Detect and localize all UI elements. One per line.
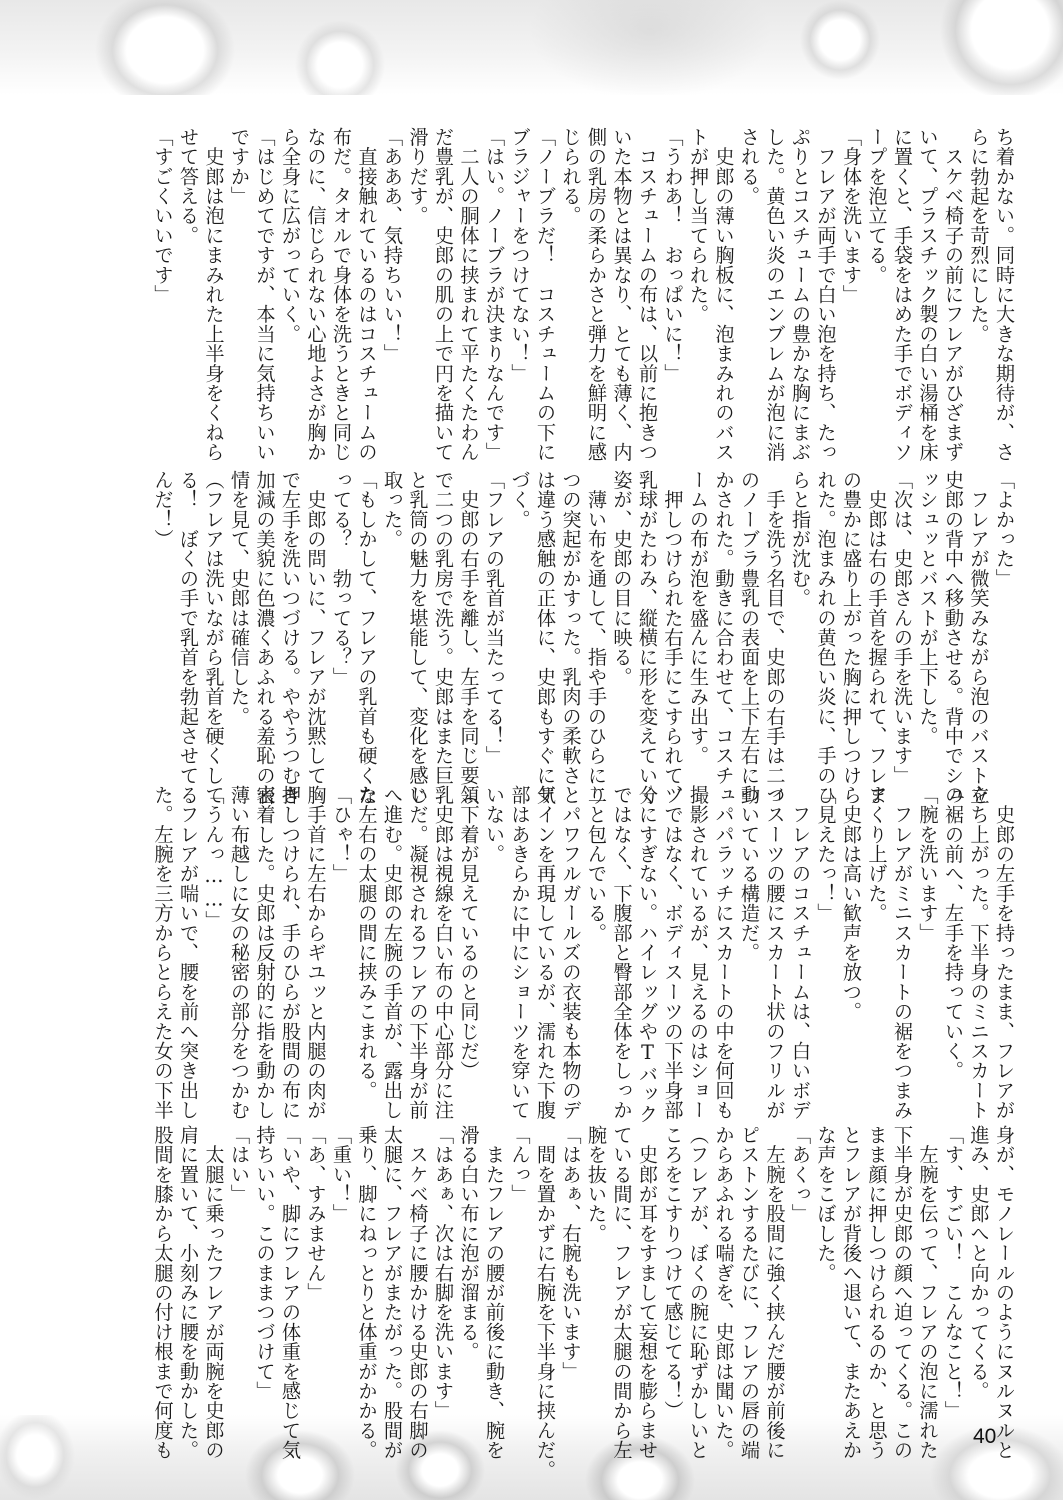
text-column: 「いや、脚にフレアの体重を感じて気 bbox=[278, 1125, 304, 1417]
text-column: 「ひゃ！」 bbox=[329, 785, 355, 1077]
text-column: またフレアの腰が前後に動き、腕を bbox=[482, 1125, 508, 1417]
text-column: な声をこぼした。 bbox=[813, 1125, 839, 1417]
text-column: ープを泡立てる。 bbox=[864, 127, 890, 419]
text-column: の裾の前へ、左手を持っていく。 bbox=[941, 785, 967, 1077]
text-column: 「はあぁ、右腕も洗います」 bbox=[558, 1125, 584, 1417]
text-column: まくり上げた。 bbox=[864, 785, 890, 1077]
text-column: ブラジャーをつけてない！」 bbox=[507, 127, 533, 419]
text-column: ち着かない。同時に大きな期待が、さ bbox=[992, 127, 1018, 419]
text-column: 密着した。史郎は反射的に指を動かし bbox=[252, 785, 278, 1077]
text-column: いた本物とは異なり、とても薄く、内 bbox=[609, 127, 635, 419]
text-column: 撮影されているが、見えるのはショー bbox=[686, 785, 712, 1077]
text-column: 「あくっ」 bbox=[788, 1125, 814, 1417]
text-column: 史郎の左手を持ったまま、フレアが bbox=[992, 785, 1018, 1077]
text-column: ころをこすりつけて感じてる！） bbox=[660, 1125, 686, 1417]
text-column: ィスーツの腰にスカート状のフリルが bbox=[762, 785, 788, 1077]
text-column: フレアが両手で白い泡を持ち、たっ bbox=[813, 127, 839, 419]
text-column: らと指が沈む。 bbox=[788, 470, 814, 762]
text-column: フレアのコスチュームは、白いボデ bbox=[788, 785, 814, 1077]
text-column: ピストンするたびに、フレアの唇の端 bbox=[737, 1125, 763, 1417]
text-column: 「あああ、気持ちいい！」 bbox=[380, 127, 406, 419]
text-column: 滑りだす。 bbox=[405, 127, 431, 419]
text-column: 太腿に、フレアがまたがった。股間が bbox=[380, 1125, 406, 1417]
text-column: フレアが微笑みながら泡のバストを bbox=[966, 470, 992, 762]
text-column: らに勃起を苛烈にした。 bbox=[966, 127, 992, 419]
text-column: まま顔に押しつけられるのか、と思う bbox=[864, 1125, 890, 1417]
text-column: に置くと、手袋をはめた手でボディソ bbox=[890, 127, 916, 419]
text-column: 側の乳房の柔らかさと弾力を鮮明に感 bbox=[584, 127, 610, 419]
text-column: スケベ椅子の前にフレアがひざまず bbox=[941, 127, 967, 419]
text-column: 肩に置いて、小刻みに腰を動かした。 bbox=[176, 1125, 202, 1417]
text-column: フレアがミニスカートの裾をつまみ bbox=[890, 785, 916, 1077]
text-column: 「んっ」 bbox=[507, 1125, 533, 1417]
text-column: じられる。 bbox=[558, 127, 584, 419]
text-tier-4: 身が、モノレールのようにヌルヌルと進み、史郎へと向かってくる。「す、すごい！ こ… bbox=[105, 1125, 1017, 1417]
text-column: ツではなく、ボディスーツの下半身部 bbox=[660, 785, 686, 1077]
text-column: 加減の美貌に色濃くあふれる羞恥の表 bbox=[252, 470, 278, 762]
text-column: 布だ。タオルで身体を洗うときと同じ bbox=[329, 127, 355, 419]
text-column: 「ノーブラだ！ コスチュームの下に bbox=[533, 127, 559, 419]
text-column: だ豊乳が、史郎の肌の上で円を描いて bbox=[431, 127, 457, 419]
text-column: 「うわあ！ おっぱいに！」 bbox=[660, 127, 686, 419]
text-column: 史郎が耳をすまして妄想を膨らませ bbox=[635, 1125, 661, 1417]
text-column: フレアが喘いで、腰を前へ突き出し bbox=[176, 785, 202, 1077]
text-column: 史郎の右手を離し、左手を同じ要領 bbox=[456, 470, 482, 762]
text-column: た。左腕を三方からとらえた女の下半 bbox=[150, 785, 176, 1077]
text-column: た左右の太腿の間に挟みこまれる。 bbox=[354, 785, 380, 1077]
text-column: りと包んでいる。 bbox=[584, 785, 610, 1077]
text-column: 滑る白い布に泡が溜まる。 bbox=[456, 1125, 482, 1417]
text-column: る！ ぼくの手で乳首を勃起させてる bbox=[176, 470, 202, 762]
text-column: で二つの乳房で洗う。史郎はまた巨乳 bbox=[431, 470, 457, 762]
text-column: 直接触れているのはコスチュームの bbox=[354, 127, 380, 419]
text-column: 「フレアの乳首が当たってる！」 bbox=[482, 470, 508, 762]
text-tier-3: 史郎の左手を持ったまま、フレアが立ち上がった。下半身のミニスカートの裾の前へ、左… bbox=[105, 785, 1017, 1077]
text-column: ぷりとコスチュームの豊かな胸にまぶ bbox=[788, 127, 814, 419]
text-column: 姿が、史郎の目に映る。 bbox=[609, 470, 635, 762]
text-column: 股間を膝から太腿の付け根まで何度も bbox=[150, 1125, 176, 1417]
text-column: 史郎は視線を白い布の中心部分に注 bbox=[431, 785, 457, 1077]
text-column: 左腕を伝って、フレアの泡に濡れた bbox=[915, 1125, 941, 1417]
text-column: される。 bbox=[737, 127, 763, 419]
text-column: いて、プラスチック製の白い湯桶を床 bbox=[915, 127, 941, 419]
text-column: は違う感触の正体に、史郎もすぐに気 bbox=[533, 470, 559, 762]
text-column: 「す、すごい！ こんなこと！」 bbox=[941, 1125, 967, 1417]
text-column: づく。 bbox=[507, 470, 533, 762]
text-column: 「あ、すみません」 bbox=[303, 1125, 329, 1417]
text-column: スケベ椅子に腰かける史郎の右脚の bbox=[405, 1125, 431, 1417]
text-column: 乗り、脚にねっとりと体重がかかる。 bbox=[354, 1125, 380, 1417]
text-column: 史郎は泡にまみれた上半身をくねら bbox=[201, 127, 227, 419]
text-tier-2: 「よかった」 フレアが微笑みながら泡のバストを史郎の背中へ移動させる。背中でシュ… bbox=[105, 470, 1017, 762]
text-column: 「はい。ノーブラが決まりなんです」 bbox=[482, 127, 508, 419]
text-column: 「はい」 bbox=[227, 1125, 253, 1417]
text-column: 「身体を洗います」 bbox=[839, 127, 865, 419]
text-column: コスチュームの布は、以前に抱きつ bbox=[635, 127, 661, 419]
text-column: れた。泡まみれの黄色い炎に、手のひ bbox=[813, 470, 839, 762]
text-column: なのに、信じられない心地よさが胸か bbox=[303, 127, 329, 419]
text-tier-1: ち着かない。同時に大きな期待が、さらに勃起を苛烈にした。 スケベ椅子の前にフレア… bbox=[105, 127, 1017, 419]
text-column: 腕を抜いた。 bbox=[584, 1125, 610, 1417]
text-column: 「腕を洗います」 bbox=[915, 785, 941, 1077]
text-column: の豊かに盛り上がった胸に押しつけら bbox=[839, 470, 865, 762]
text-column: 「次は、史郎さんの手を洗います」 bbox=[890, 470, 916, 762]
text-column: 「はじめてですが、本当に気持ちいい bbox=[252, 127, 278, 419]
text-column: 押しつけられた右手にこすられて、 bbox=[660, 470, 686, 762]
text-column: した。黄色い炎のエンブレムが泡に消 bbox=[762, 127, 788, 419]
text-column: 左腕を股間に強く挟んだ腰が前後に bbox=[762, 1125, 788, 1417]
text-column: 「うんっ……」 bbox=[201, 785, 227, 1077]
text-column: からあふれる喘ぎを、史郎は聞いた。 bbox=[711, 1125, 737, 1417]
text-column: 史郎は右の手首を握られて、フレア bbox=[864, 470, 890, 762]
text-column: 持ちいい。このままつづけて」 bbox=[252, 1125, 278, 1417]
text-column: ッシュッとバストが上下した。 bbox=[915, 470, 941, 762]
bokeh-header-decoration bbox=[0, 0, 1063, 95]
text-column: 部はあきらかに中にショーツを穿いて bbox=[507, 785, 533, 1077]
text-column: かされた。動きに合わせて、コスチュ bbox=[711, 470, 737, 762]
text-column: トが押し当てられた。 bbox=[686, 127, 712, 419]
text-column: ですか」 bbox=[227, 127, 253, 419]
text-column: 「よかった」 bbox=[992, 470, 1018, 762]
text-column: 「重い！」 bbox=[329, 1125, 355, 1417]
text-column: ザインを再現しているが、濡れた下腹 bbox=[533, 785, 559, 1077]
text-column: ている間に、フレアが太腿の間から左 bbox=[609, 1125, 635, 1417]
text-column: 「すごくいいです」 bbox=[150, 127, 176, 419]
text-column: 「はあぁ、次は右脚を洗います」 bbox=[431, 1125, 457, 1417]
text-column: ではなく、下腹部と臀部全体をしっか bbox=[609, 785, 635, 1077]
text-column: んだ！） bbox=[150, 470, 176, 762]
text-column: 間を置かずに右腕を下半身に挟んだ。 bbox=[533, 1125, 559, 1417]
text-column: 薄い布を通して、指や手のひらに二 bbox=[584, 470, 610, 762]
text-column: 「見えたっ！」 bbox=[813, 785, 839, 1077]
text-column: パワフルガールズの衣装も本物のデ bbox=[558, 785, 584, 1077]
text-column: とフレアが背後へ退いて、またあえか bbox=[839, 1125, 865, 1417]
text-column: パパラッチにスカートの中を何回も bbox=[711, 785, 737, 1077]
text-column: 太腿に乗ったフレアが両腕を史郎の bbox=[201, 1125, 227, 1417]
text-column: 情を見て、史郎は確信した。 bbox=[227, 470, 253, 762]
text-column: （フレアは洗いながら乳首を硬くして bbox=[201, 470, 227, 762]
text-column: せて答える。 bbox=[176, 127, 202, 419]
text-column: 史郎は高い歓声を放つ。 bbox=[839, 785, 865, 1077]
text-column: 史郎の薄い胸板に、泡まみれのバス bbox=[711, 127, 737, 419]
text-column: ームの布が泡を盛んに生み出す。 bbox=[686, 470, 712, 762]
text-column: 史郎の背中へ移動させる。背中でシュ bbox=[941, 470, 967, 762]
text-column: 取った。 bbox=[380, 470, 406, 762]
text-column: 手を洗う名目で、史郎の右手は二つ bbox=[762, 470, 788, 762]
text-column: 身が、モノレールのようにヌルヌルと bbox=[992, 1125, 1018, 1417]
text-column: へ進む。史郎の左腕の手首が、露出し bbox=[380, 785, 406, 1077]
text-column: 二人の胴体に挟まれて平たくたわん bbox=[456, 127, 482, 419]
text-column: 手首に左右からギユッと内腿の肉が bbox=[303, 785, 329, 1077]
text-column: 薄い布越しに女の秘密の部分をつかむ bbox=[227, 785, 253, 1077]
text-column: （フレアが、ぼくの腕に恥ずかしいと bbox=[686, 1125, 712, 1417]
text-column: のノーブラ豊乳の表面を上下左右に動 bbox=[737, 470, 763, 762]
text-column: （下着が見えているのと同じだ） bbox=[456, 785, 482, 1077]
text-column: いだ。凝視されるフレアの下半身が前 bbox=[405, 785, 431, 1077]
text-column: 立ち上がった。下半身のミニスカート bbox=[966, 785, 992, 1077]
text-column: いない。 bbox=[482, 785, 508, 1077]
text-column: 乳球がたわみ、縦横に形を変えていく bbox=[635, 470, 661, 762]
text-column: つの突起がかすった。乳肉の柔軟さと bbox=[558, 470, 584, 762]
text-column: 下半身が史郎の顔へ迫ってくる。この bbox=[890, 1125, 916, 1417]
text-column: で左手を洗いつづける。ややうつむき bbox=[278, 470, 304, 762]
text-column: ら全身に広がっていく。 bbox=[278, 127, 304, 419]
text-column: 「もしかして、フレアの乳首も硬くな bbox=[354, 470, 380, 762]
text-column: 進み、史郎へと向かってくる。 bbox=[966, 1125, 992, 1417]
text-column: 押しつけられ、手のひらが股間の布に bbox=[278, 785, 304, 1077]
text-column: 史郎の問いに、フレアが沈黙して胸 bbox=[303, 470, 329, 762]
text-column: ってる？ 勃ってる？」 bbox=[329, 470, 355, 762]
text-column: と乳筒の魅力を堪能して、変化を感じ bbox=[405, 470, 431, 762]
page-number: 40 bbox=[973, 1425, 996, 1449]
text-column: 分にすぎない。ハイレッグやTバック bbox=[635, 785, 661, 1077]
text-column: ついている構造だ。 bbox=[737, 785, 763, 1077]
